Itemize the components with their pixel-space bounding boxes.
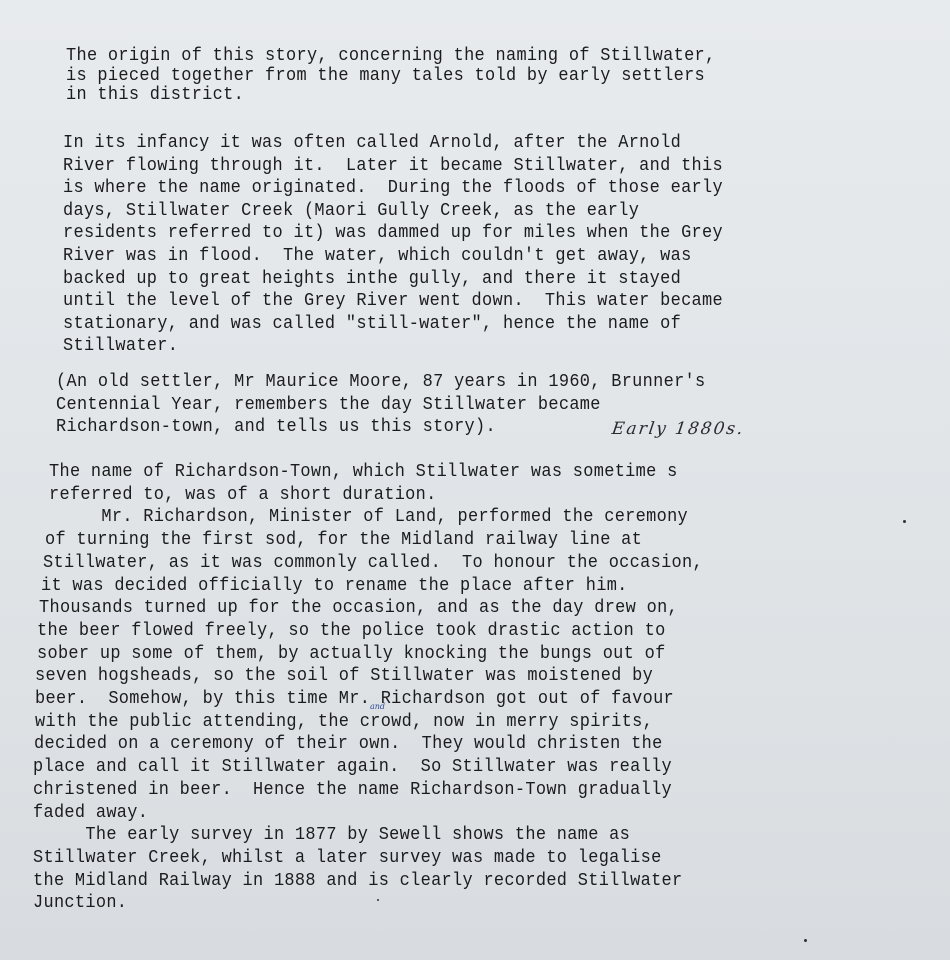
text-line: The origin of this story, concerning the… [66,46,716,66]
text-line: beer. Somehow, by this time Mr. Richards… [35,689,674,709]
text-line: place and call it Stillwater again. So S… [33,757,672,777]
text-line: it was decided officially to rename the … [41,576,628,596]
text-line: (An old settler, Mr Maurice Moore, 87 ye… [56,372,706,392]
text-line: of turning the first sod, for the Midlan… [45,530,642,550]
text-line: days, Stillwater Creek (Maori Gully Cree… [63,201,639,221]
handwritten-date-note: Early 1880s. [611,419,746,439]
text-line: referred to, was of a short duration. [49,485,437,505]
text-line: Stillwater, as it was commonly called. T… [43,553,703,573]
text-line: the Midland Railway in 1888 and is clear… [33,871,683,891]
text-line: christened in beer. Hence the name Richa… [33,780,672,800]
paper-speck [804,939,807,942]
text-line: Richardson-town, and tells us this story… [56,417,496,437]
text-line: River flowing through it. Later it becam… [63,156,723,176]
handwritten-inserted-word: and [370,702,385,711]
text-line: is where the name originated. During the… [63,178,723,198]
text-line: Junction. [33,893,127,913]
text-line: seven hogsheads, so the soil of Stillwat… [35,666,653,686]
text-line: The name of Richardson-Town, which Still… [49,462,678,482]
text-line: River was in flood. The water, which cou… [63,246,692,266]
paper-speck [377,899,379,901]
text-line: until the level of the Grey River went d… [63,291,723,311]
text-line: decided on a ceremony of their own. They… [34,734,663,754]
text-line: Mr. Richardson, Minister of Land, perfor… [49,507,688,527]
text-line: with the public attending, the crowd, no… [35,712,653,732]
text-line: in this district. [66,85,244,105]
text-line: Stillwater. [63,336,178,356]
text-line: stationary, and was called "still-water"… [63,314,681,334]
text-line: is pieced together from the many tales t… [66,66,705,86]
text-line: The early survey in 1877 by Sewell shows… [33,825,630,845]
text-line: Centennial Year, remembers the day Still… [56,395,601,415]
text-line: residents referred to it) was dammed up … [63,223,723,243]
text-line: Stillwater Creek, whilst a later survey … [33,848,662,868]
text-line: sober up some of them, by actually knock… [37,644,666,664]
text-line: backed up to great heights inthe gully, … [63,269,681,289]
text-line: faded away. [33,803,148,823]
text-line: In its infancy it was often called Arnol… [63,133,681,153]
text-line: Thousands turned up for the occasion, an… [39,598,678,618]
text-line: the beer flowed freely, so the police to… [37,621,666,641]
paper-speck [903,520,906,523]
